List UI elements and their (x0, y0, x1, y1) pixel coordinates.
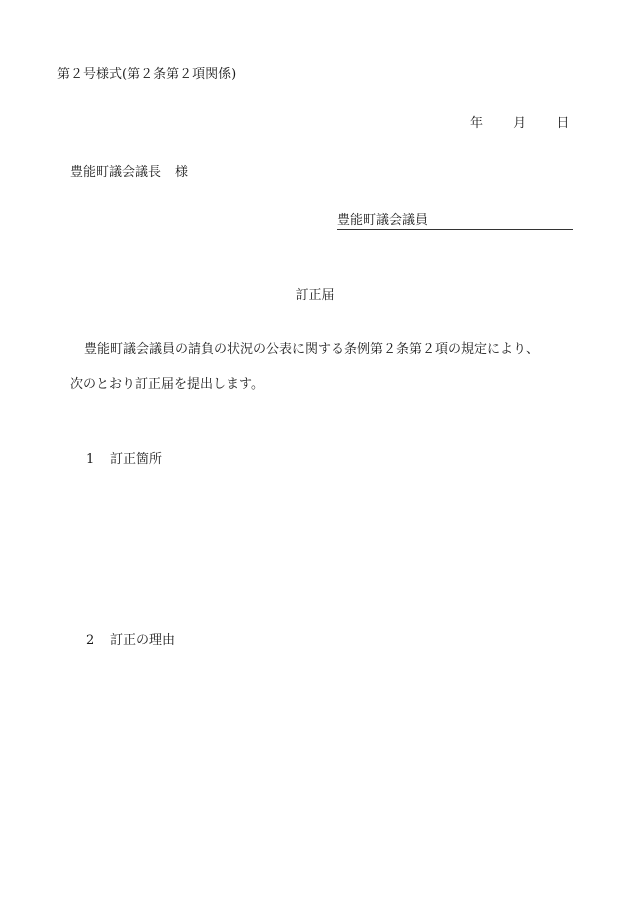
item-correction-reason: 2訂正の理由 (86, 633, 175, 649)
item-label: 訂正箇所 (110, 452, 162, 467)
addressee-name: 豊能町議会議長 (70, 165, 161, 180)
date-day-label: 日 (556, 116, 569, 132)
date-line: 年 月 日 (470, 116, 569, 132)
addressee: 豊能町議会議長様 (70, 165, 188, 181)
addressee-honorific: 様 (175, 165, 188, 180)
item-label: 訂正の理由 (110, 633, 175, 648)
body-text-line-2: 次のとおり訂正届を提出します。 (70, 377, 264, 393)
date-month-label: 月 (513, 116, 526, 132)
item-correction-location: 1訂正箇所 (86, 452, 162, 468)
signer-line: 豊能町議会議員 (337, 213, 573, 230)
body-text-line-1: 豊能町議会議員の請負の状況の公表に関する条例第２条第２項の規定により、 (84, 342, 539, 358)
item-number: 1 (86, 452, 110, 468)
document-title: 訂正届 (0, 288, 630, 304)
date-year-label: 年 (470, 116, 483, 132)
item-number: 2 (86, 633, 110, 649)
signer-label: 豊能町議会議員 (337, 213, 428, 228)
form-number: 第２号様式(第２条第２項関係) (57, 67, 236, 83)
